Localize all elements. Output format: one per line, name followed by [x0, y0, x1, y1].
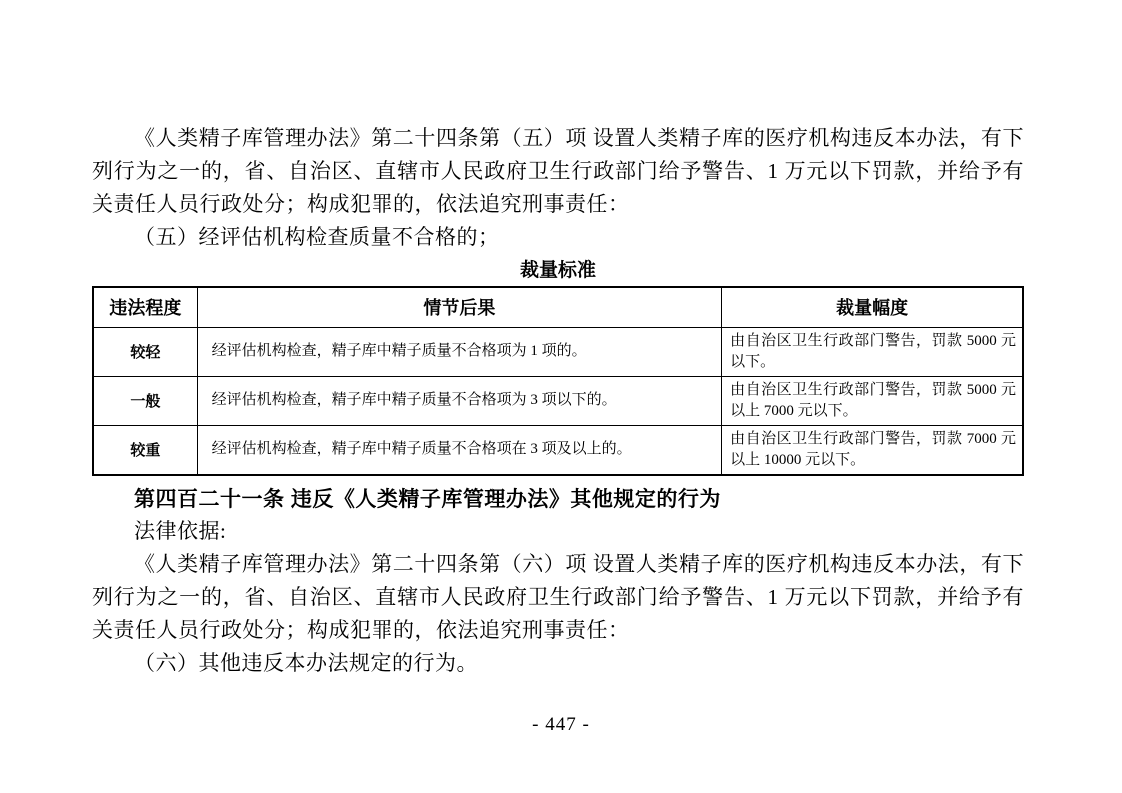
table-row: 一般 经评估机构检查，精子库中精子质量不合格项为 3 项以下的。 由自治区卫生行… [93, 376, 1023, 425]
provision-b-item-six: （六）其他违反本办法规定的行为。 [92, 647, 1024, 680]
table-row: 较重 经评估机构检查，精子库中精子质量不合格项在 3 项及以上的。 由自治区卫生… [93, 425, 1023, 475]
page-number: - 447 - [0, 714, 1122, 736]
cell-consequence: 经评估机构检查，精子库中精子质量不合格项为 1 项的。 [197, 327, 722, 376]
cell-range: 由自治区卫生行政部门警告，罚款 5000 元以上 7000 元以下。 [722, 376, 1023, 425]
provision-b-paragraph: 《人类精子库管理办法》第二十四条第（六）项 设置人类精子库的医疗机构违反本办法，… [92, 548, 1024, 647]
col-header-discretion-range: 裁量幅度 [722, 287, 1023, 327]
article-421-heading: 第四百二十一条 违反《人类精子库管理办法》其他规定的行为 [92, 484, 1024, 515]
col-header-violation-degree: 违法程度 [93, 287, 197, 327]
col-header-circumstance: 情节后果 [197, 287, 722, 327]
cell-degree: 一般 [93, 376, 197, 425]
document-page: 《人类精子库管理办法》第二十四条第（五）项 设置人类精子库的医疗机构违反本办法，… [0, 0, 1122, 793]
page-content: 《人类精子库管理办法》第二十四条第（五）项 设置人类精子库的医疗机构违反本办法，… [0, 0, 1122, 680]
cell-range: 由自治区卫生行政部门警告，罚款 7000 元以上 10000 元以下。 [722, 425, 1023, 475]
cell-degree: 较轻 [93, 327, 197, 376]
discretion-standards-table: 违法程度 情节后果 裁量幅度 较轻 经评估机构检查，精子库中精子质量不合格项为 … [92, 286, 1024, 476]
provision-a-paragraph: 《人类精子库管理办法》第二十四条第（五）项 设置人类精子库的医疗机构违反本办法，… [92, 122, 1024, 221]
cell-consequence: 经评估机构检查，精子库中精子质量不合格项为 3 项以下的。 [197, 376, 722, 425]
table-title: 裁量标准 [92, 259, 1024, 283]
legal-basis-label: 法律依据: [92, 515, 1024, 548]
table-row: 较轻 经评估机构检查，精子库中精子质量不合格项为 1 项的。 由自治区卫生行政部… [93, 327, 1023, 376]
cell-degree: 较重 [93, 425, 197, 475]
cell-range: 由自治区卫生行政部门警告，罚款 5000 元以下。 [722, 327, 1023, 376]
table-header-row: 违法程度 情节后果 裁量幅度 [93, 287, 1023, 327]
cell-consequence: 经评估机构检查，精子库中精子质量不合格项在 3 项及以上的。 [197, 425, 722, 475]
provision-a-item-five: （五）经评估机构检查质量不合格的； [92, 221, 1024, 254]
